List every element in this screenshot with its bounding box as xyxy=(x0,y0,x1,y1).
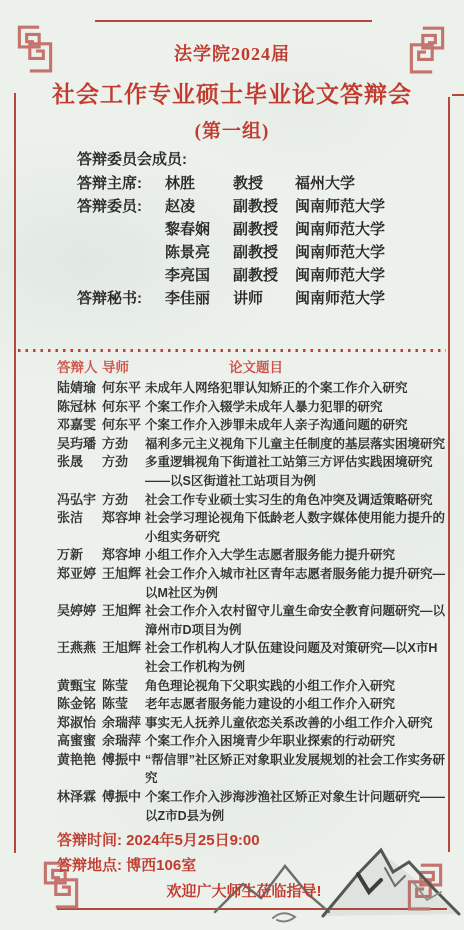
candidate-name: 陈冠林 xyxy=(57,398,102,417)
committee-member-row: 答辩委员: 赵凌 副教授 闽南师范大学 xyxy=(77,195,447,218)
table-row: 郑亚婷 王旭辉 社会工作介入城市社区青年志愿者服务能力提升研究—以M社区为例 xyxy=(0,565,464,602)
advisor-name: 陈莹 xyxy=(102,677,145,696)
header-advisor: 导师 xyxy=(102,359,145,377)
member-rank: 副教授 xyxy=(233,264,295,287)
thesis-title: 社会工作介入农村留守儿童生命安全教育问题研究—以漳州市D项目为例 xyxy=(145,602,448,639)
advisor-name: 傅振中 xyxy=(102,751,145,788)
advisor-name: 何东平 xyxy=(102,398,145,417)
thesis-title: 多重逻辑视角下街道社工站第三方评估实践困境研究——以S区街道社工站项目为例 xyxy=(145,453,448,490)
advisor-name: 王旭辉 xyxy=(102,602,145,639)
poster-title-line2: 社会工作专业硕士毕业论文答辩会 xyxy=(0,76,464,109)
table-row: 郑淑怡 余瑞萍 事实无人抚养儿童依恋关系改善的小组工作介入研究 xyxy=(0,714,464,733)
committee-section: 答辩委员会成员: 答辩主席: 林胜 教授 福州大学 答辩委员: 赵凌 副教授 闽… xyxy=(77,148,447,310)
member-affiliation: 闽南师范大学 xyxy=(295,218,447,241)
member-name: 李亮国 xyxy=(165,264,233,287)
header-candidate: 答辩人 xyxy=(57,359,102,377)
committee-member-row: 李亮国 副教授 闽南师范大学 xyxy=(77,264,447,287)
member-role: 答辩秘书: xyxy=(77,287,165,310)
table-row: 黄甄宝 陈莹 角色理论视角下父职实践的小组工作介入研究 xyxy=(0,677,464,696)
thesis-title: 个案工作介入辍学未成年人暴力犯罪的研究 xyxy=(145,398,448,417)
table-row: 王燕燕 王旭辉 社会工作机构人才队伍建设问题及对策研究—以X市H社会工作机构为例 xyxy=(0,639,464,676)
thesis-title: 个案工作介入涉海涉渔社区矫正对象生计问题研究——以Z市D县为例 xyxy=(145,788,448,825)
thesis-title: 社会学习理论视角下低龄老人数字媒体使用能力提升的小组实务研究 xyxy=(145,509,448,546)
candidate-name: 张洁 xyxy=(57,509,102,546)
member-role xyxy=(77,264,165,287)
committee-member-row: 黎春娴 副教授 闽南师范大学 xyxy=(77,218,447,241)
dotted-separator xyxy=(18,349,446,352)
defense-time-line: 答辩时间: 2024年5月25日9:00 xyxy=(57,828,464,853)
member-rank: 教授 xyxy=(233,172,295,195)
candidate-name: 吴玙璠 xyxy=(57,435,102,454)
table-rows: 陆婧瑜 何东平 未成年人网络犯罪认知矫正的个案工作介入研究 陈冠林 何东平 个案… xyxy=(0,379,464,825)
member-rank: 副教授 xyxy=(233,218,295,241)
table-header-row: 答辩人 导师 论文题目 xyxy=(0,359,464,377)
advisor-name: 王旭辉 xyxy=(102,639,145,676)
member-rank: 副教授 xyxy=(233,241,295,264)
member-name: 林胜 xyxy=(165,172,233,195)
table-row: 张洁 郑容坤 社会学习理论视角下低龄老人数字媒体使用能力提升的小组实务研究 xyxy=(0,509,464,546)
table-row: 吴婷婷 王旭辉 社会工作介入农村留守儿童生命安全教育问题研究—以漳州市D项目为例 xyxy=(0,602,464,639)
defense-venue-value: 博西106室 xyxy=(126,857,196,874)
table-row: 冯弘宇 方劲 社会工作专业硕士实习生的角色冲突及调适策略研究 xyxy=(0,491,464,510)
member-affiliation: 闽南师范大学 xyxy=(295,241,447,264)
defense-time-label: 答辩时间: xyxy=(57,832,122,849)
member-rank: 讲师 xyxy=(233,287,295,310)
candidate-name: 黄甄宝 xyxy=(57,677,102,696)
advisor-name: 方劲 xyxy=(102,435,145,454)
thesis-title: 社会工作介入城市社区青年志愿者服务能力提升研究—以M社区为例 xyxy=(145,565,448,602)
candidate-name: 郑淑怡 xyxy=(57,714,102,733)
table-row: 万新 郑容坤 小组工作介入大学生志愿者服务能力提升研究 xyxy=(0,546,464,565)
committee-rows: 答辩主席: 林胜 教授 福州大学 答辩委员: 赵凌 副教授 闽南师范大学 黎春娴… xyxy=(77,172,447,310)
committee-member-row: 答辩秘书: 李佳丽 讲师 闽南师范大学 xyxy=(77,287,447,310)
advisor-name: 方劲 xyxy=(102,453,145,490)
candidate-name: 高蜜蜜 xyxy=(57,732,102,751)
poster-title-group: (第一组) xyxy=(0,116,464,143)
member-affiliation: 闽南师范大学 xyxy=(295,264,447,287)
advisor-name: 何东平 xyxy=(102,379,145,398)
poster-title-line1: 法学院2024届 xyxy=(0,40,464,66)
table-row: 林泽霖 傅振中 个案工作介入涉海涉渔社区矫正对象生计问题研究——以Z市D县为例 xyxy=(0,788,464,825)
thesis-title: 小组工作介入大学生志愿者服务能力提升研究 xyxy=(145,546,448,565)
thesis-title: 事实无人抚养儿童依恋关系改善的小组工作介入研究 xyxy=(145,714,448,733)
candidate-name: 张晟 xyxy=(57,453,102,490)
thesis-title: 未成年人网络犯罪认知矫正的个案工作介入研究 xyxy=(145,379,448,398)
committee-heading: 答辩委员会成员: xyxy=(77,148,447,172)
candidate-name: 冯弘宇 xyxy=(57,491,102,510)
advisor-name: 余瑞萍 xyxy=(102,714,145,733)
thesis-title: 个案工作介入困境青少年职业探索的行动研究 xyxy=(145,732,448,751)
member-role: 答辩主席: xyxy=(77,172,165,195)
thesis-title: 社会工作专业硕士实习生的角色冲突及调适策略研究 xyxy=(145,491,448,510)
defense-venue-label: 答辩地点: xyxy=(57,857,122,874)
candidate-name: 吴婷婷 xyxy=(57,602,102,639)
defense-venue-line: 答辩地点: 博西106室 xyxy=(57,853,464,878)
table-row: 邓嘉雯 何东平 个案工作介入涉罪未成年人亲子沟通问题的研究 xyxy=(0,416,464,435)
defense-table-section: 答辩人 导师 论文题目 陆婧瑜 何东平 未成年人网络犯罪认知矫正的个案工作介入研… xyxy=(0,349,464,825)
table-row: 陆婧瑜 何东平 未成年人网络犯罪认知矫正的个案工作介入研究 xyxy=(0,379,464,398)
welcome-message: 欢迎广大师生莅临指导! xyxy=(0,881,464,903)
committee-member-row: 陈景亮 副教授 闽南师范大学 xyxy=(77,241,447,264)
thesis-title: 个案工作介入涉罪未成年人亲子沟通问题的研究 xyxy=(145,416,448,435)
member-affiliation: 闽南师范大学 xyxy=(295,195,447,218)
candidate-name: 林泽霖 xyxy=(57,788,102,825)
thesis-title: “帮信罪”社区矫正对象职业发展规划的社会工作实务研究 xyxy=(145,751,448,788)
advisor-name: 王旭辉 xyxy=(102,565,145,602)
candidate-name: 万新 xyxy=(57,546,102,565)
candidate-name: 陆婧瑜 xyxy=(57,379,102,398)
candidate-name: 郑亚婷 xyxy=(57,565,102,602)
advisor-name: 何东平 xyxy=(102,416,145,435)
member-role xyxy=(77,241,165,264)
advisor-name: 方劲 xyxy=(102,491,145,510)
thesis-title: 社会工作机构人才队伍建设问题及对策研究—以X市H社会工作机构为例 xyxy=(145,639,448,676)
candidate-name: 邓嘉雯 xyxy=(57,416,102,435)
frame-line-top xyxy=(95,20,372,22)
table-row: 张晟 方劲 多重逻辑视角下街道社工站第三方评估实践困境研究——以S区街道社工站项… xyxy=(0,453,464,490)
table-row: 吴玙璠 方劲 福利多元主义视角下儿童主任制度的基层落实困境研究 xyxy=(0,435,464,454)
table-row: 黄艳艳 傅振中 “帮信罪”社区矫正对象职业发展规划的社会工作实务研究 xyxy=(0,751,464,788)
member-rank: 副教授 xyxy=(233,195,295,218)
advisor-name: 郑容坤 xyxy=(102,546,145,565)
candidate-name: 陈金铭 xyxy=(57,695,102,714)
committee-member-row: 答辩主席: 林胜 教授 福州大学 xyxy=(77,172,447,195)
thesis-title: 老年志愿者服务能力建设的小组工作介入研究 xyxy=(145,695,448,714)
thesis-title: 福利多元主义视角下儿童主任制度的基层落实困境研究 xyxy=(145,435,448,454)
member-name: 李佳丽 xyxy=(165,287,233,310)
candidate-name: 王燕燕 xyxy=(57,639,102,676)
member-name: 赵凌 xyxy=(165,195,233,218)
defense-time-value: 2024年5月25日9:00 xyxy=(126,832,259,849)
thesis-title: 角色理论视角下父职实践的小组工作介入研究 xyxy=(145,677,448,696)
advisor-name: 余瑞萍 xyxy=(102,732,145,751)
member-name: 陈景亮 xyxy=(165,241,233,264)
advisor-name: 傅振中 xyxy=(102,788,145,825)
table-row: 陈冠林 何东平 个案工作介入辍学未成年人暴力犯罪的研究 xyxy=(0,398,464,417)
table-row: 高蜜蜜 余瑞萍 个案工作介入困境青少年职业探索的行动研究 xyxy=(0,732,464,751)
footer-section: 答辩时间: 2024年5月25日9:00 答辩地点: 博西106室 欢迎广大师生… xyxy=(0,828,464,903)
member-role: 答辩委员: xyxy=(77,195,165,218)
advisor-name: 陈莹 xyxy=(102,695,145,714)
member-affiliation: 福州大学 xyxy=(295,172,447,195)
member-role xyxy=(77,218,165,241)
header-thesis: 论文题目 xyxy=(145,359,448,377)
table-row: 陈金铭 陈莹 老年志愿者服务能力建设的小组工作介入研究 xyxy=(0,695,464,714)
member-name: 黎春娴 xyxy=(165,218,233,241)
member-affiliation: 闽南师范大学 xyxy=(295,287,447,310)
candidate-name: 黄艳艳 xyxy=(57,751,102,788)
advisor-name: 郑容坤 xyxy=(102,509,145,546)
